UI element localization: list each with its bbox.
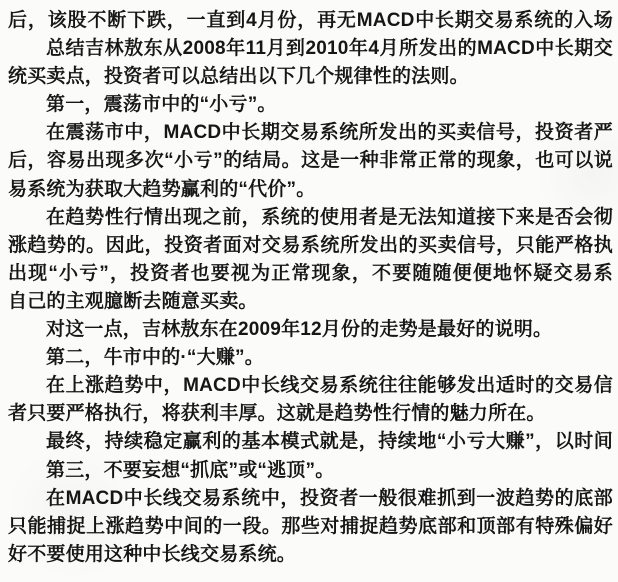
text-line: 者只要严格执行，将获利丰厚。这就是趋势性行情的魅力所在。 xyxy=(8,400,613,428)
text-line: 好不要使用这种中长线交易系统。 xyxy=(8,541,613,569)
text-line: 第一，震荡市中的“小亏”。 xyxy=(8,91,613,119)
text-line: 统买卖点，投资者可以总结出以下几个规律性的法则。 xyxy=(8,63,613,91)
text-line: 后，该股不断下跌，一直到4月份，再无MACD中长期交易系统的入场点出现。 xyxy=(8,7,613,35)
text-line: 自己的主观臆断去随意买卖。 xyxy=(8,288,613,316)
text-line: 对这一点，吉林敖东在2009年12月份的走势是最好的说明。 xyxy=(8,316,613,344)
text-line: 出现“小亏”，投资者也要视为正常现象，不要随随便便地怀疑交易系统，按照 xyxy=(8,260,613,288)
text-line: 最终，持续稳定赢利的基本模式就是，持续地“小亏大赚”，以时间来积累财富。 xyxy=(8,428,613,456)
scanned-book-page: 后，该股不断下跌，一直到4月份，再无MACD中长期交易系统的入场点出现。 总结吉… xyxy=(0,0,618,582)
text-line: 总结吉林敖东从2008年11月到2010年4月所发出的MACD中长期交易系 xyxy=(8,35,613,63)
text-line: 在上涨趋势中，MACD中长线交易系统往往能够发出适时的交易信号，投资 xyxy=(8,372,613,400)
text-line: 在MACD中长线交易系统中，投资者一般很难抓到一波趋势的底部和顶部， xyxy=(8,485,613,513)
text-line: 第三，不要妄想“抓底”或“逃顶”。 xyxy=(8,457,613,485)
text-line: 在震荡市中，MACD中长期交易系统所发出的买卖信号，投资者严格执行 xyxy=(8,119,613,147)
text-line: 在趋势性行情出现之前，系统的使用者是无法知道接下来是否会彻底形成上 xyxy=(8,204,613,232)
text-line: 后，容易出现多次“小亏”的结局。这是一种非常正常的现象，也可以说是该交 xyxy=(8,147,613,175)
text-line: 只能捕捉上涨趋势中间的一段。那些对捕捉趋势底部和顶部有特殊偏好的人，最 xyxy=(8,513,613,541)
text-line: 易系统为获取大趋势赢利的“代价”。 xyxy=(8,176,613,204)
text-line: 涨趋势的。因此，投资者面对交易系统所发出的买卖信号，只能严格执行。即便 xyxy=(8,232,613,260)
text-line: 第二，牛市中的·“大赚”。 xyxy=(8,344,613,372)
